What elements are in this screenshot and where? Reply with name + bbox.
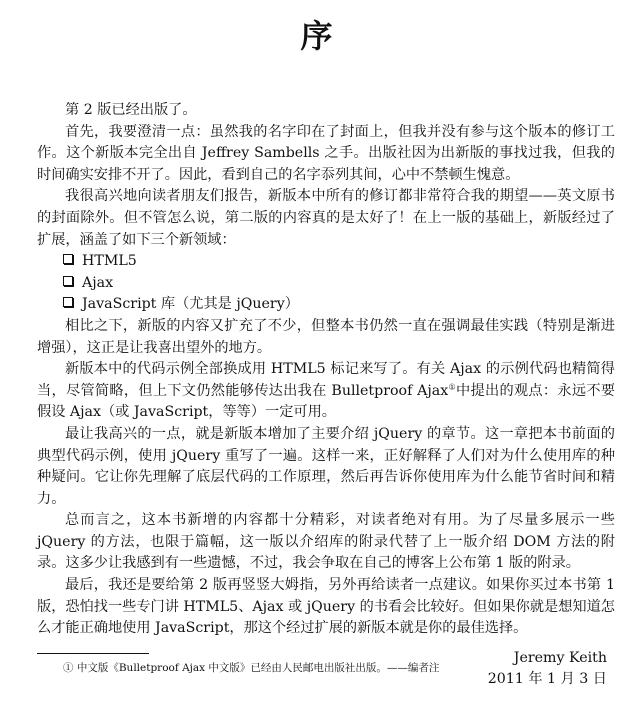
checkbox-bullet-icon: [63, 254, 73, 264]
footnote-divider: [37, 653, 149, 654]
footnote: ① 中文版《Bulletproof Ajax 中文版》已经由人民邮电出版社出版。…: [63, 661, 439, 675]
paragraph: 首先，我要澄清一点：虽然我的名字印在了封面上，但我并没有参与这个版本的修订工作。…: [37, 122, 615, 187]
list-item: HTML5: [63, 251, 615, 273]
paragraph: 新版本中的代码示例全部换成用 HTML5 标记来写了。有关 Ajax 的示例代码…: [37, 359, 615, 424]
preface-body: 第 2 版已经出版了。 首先，我要澄清一点：虽然我的名字印在了封面上，但我并没有…: [37, 100, 615, 691]
paragraph: 相比之下，新版的内容又扩充了不少，但整本书仍然一直在强调最佳实践（特别是渐进增强…: [37, 316, 615, 359]
list-item: JavaScript 库（尤其是 jQuery）: [63, 294, 615, 316]
paragraph: 最后，我还是要给第 2 版再竖竖大姆指，另外再给读者一点建议。如果你买过本书第 …: [37, 575, 615, 640]
checkbox-bullet-icon: [63, 297, 73, 307]
paragraph: 总而言之，这本书新增的内容都十分精彩，对读者绝对有用。为了尽量多展示一些 jQu…: [37, 510, 615, 575]
page-title: 序: [0, 14, 633, 58]
checkbox-bullet-icon: [63, 276, 73, 286]
paragraph: 我很高兴地向读者朋友们报告，新版本中所有的修订都非常符合我的期望——英文原书的封…: [37, 186, 615, 251]
feature-list: HTML5 Ajax JavaScript 库（尤其是 jQuery）: [37, 251, 615, 316]
paragraph: 第 2 版已经出版了。: [37, 100, 615, 122]
footnote-ref: ①: [448, 382, 456, 391]
paragraph: 最让我高兴的一点，就是新版本增加了主要介绍 jQuery 的章节。这一章把本书前…: [37, 424, 615, 510]
list-item: Ajax: [63, 273, 615, 295]
